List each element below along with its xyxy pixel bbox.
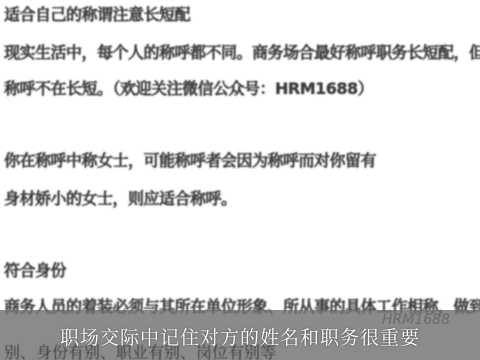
paragraph-line: 身材娇小的女士，则应适合称呼。 xyxy=(4,186,237,209)
paragraph-line: 你在称呼中称女士，可能称呼者会因为称呼而对你留有 xyxy=(4,148,376,171)
paragraph-line: 现实生活中，每个人的称呼都不同。商务场合最好称呼职务长短配，但重在 xyxy=(4,40,480,63)
section-heading: 适合自己的称谓注意长短配 xyxy=(4,2,190,25)
document-page: 适合自己的称谓注意长短配 现实生活中，每个人的称呼都不同。商务场合最好称呼职务长… xyxy=(0,0,480,360)
video-subtitle: 职场交际中记住对方的姓名和职务很重要 xyxy=(0,323,480,350)
paragraph-line: 称呼不在长短。（欢迎关注微信公众号：HRM1688） xyxy=(4,76,373,99)
section-heading: 符合身份 xyxy=(4,258,66,281)
